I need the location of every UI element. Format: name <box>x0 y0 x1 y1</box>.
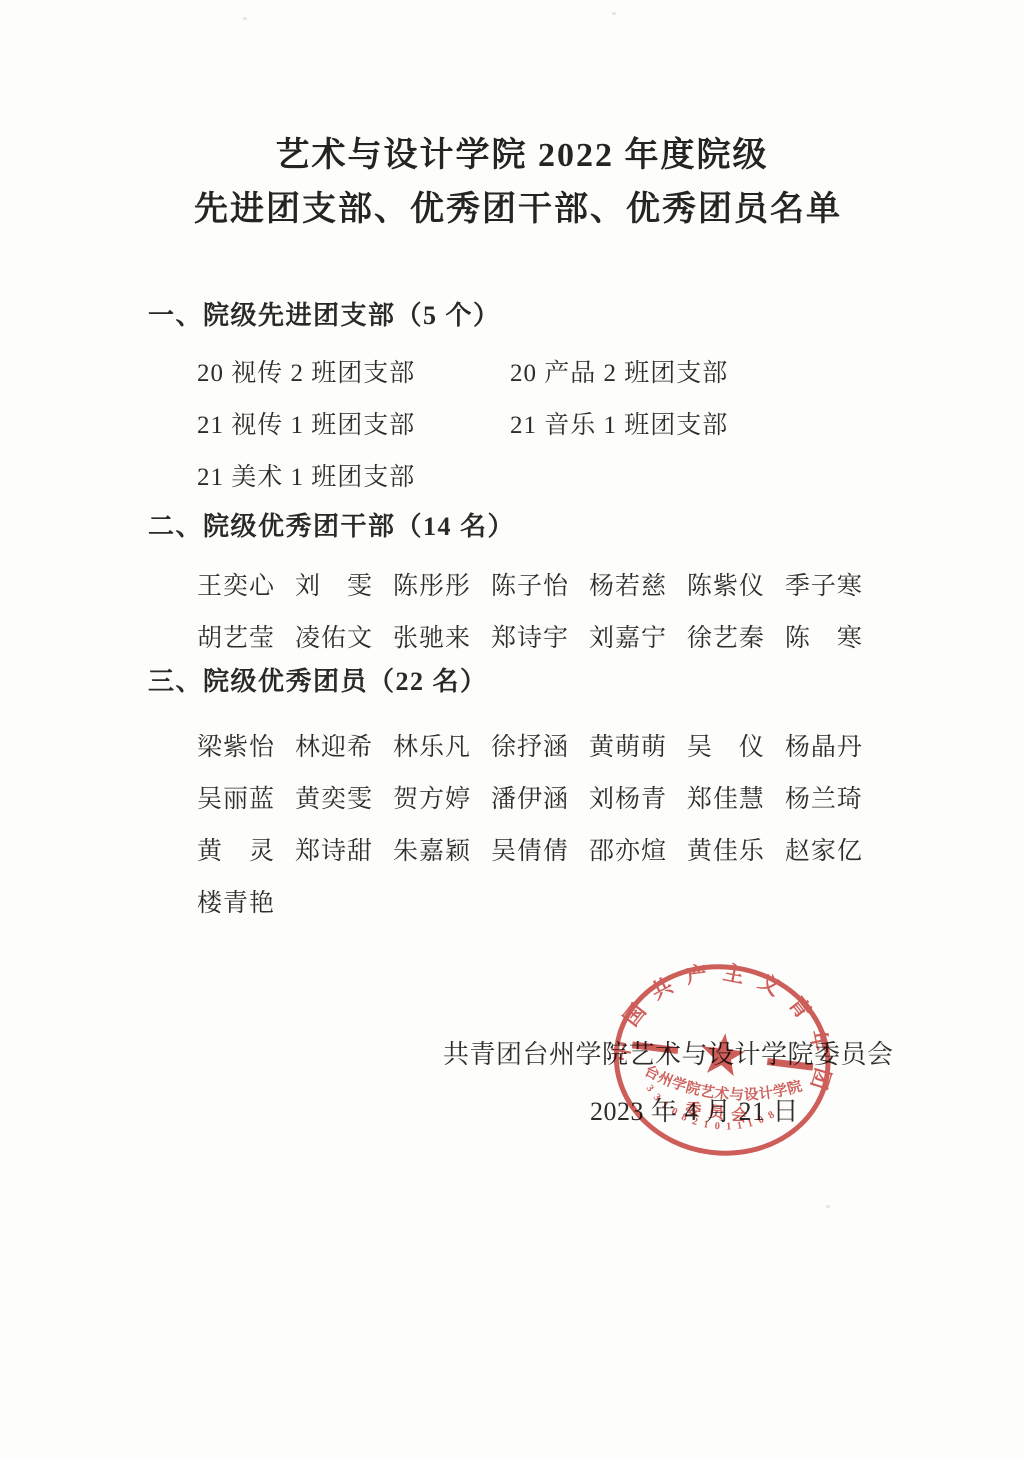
person-name: 黄 灵 <box>197 831 275 867</box>
person-name: 王奕心 <box>197 566 275 602</box>
name-row: 楼青艳 <box>197 883 863 919</box>
person-name: 杨兰琦 <box>785 779 863 815</box>
person-name: 吴丽蓝 <box>197 779 275 815</box>
person-name: 季子寒 <box>785 566 863 602</box>
person-name: 楼青艳 <box>197 883 275 919</box>
branch-name: 21 音乐 1 班团支部 <box>510 405 728 441</box>
section-heading-cadres: 二、院级优秀团干部（14 名） <box>148 506 515 543</box>
document-title-line1: 艺术与设计学院 2022 年度院级 <box>0 127 1024 176</box>
name-row: 梁紫怡 林迎希 林乐凡 徐抒涵 黄萌萌 吴 仪 杨晶丹 <box>197 727 863 763</box>
section-heading-advanced-branches: 一、院级先进团支部（5 个） <box>148 295 501 332</box>
person-name: 朱嘉颖 <box>393 831 471 867</box>
branch-name: 20 视传 2 班团支部 <box>197 353 415 389</box>
person-name: 胡艺莹 <box>197 618 275 654</box>
person-name: 张驰来 <box>393 618 471 654</box>
person-name: 郑诗甜 <box>295 831 373 867</box>
person-name: 陈彤彤 <box>393 566 471 602</box>
branch-name: 21 视传 1 班团支部 <box>197 405 415 441</box>
scanned-document-page: 艺术与设计学院 2022 年度院级 先进团支部、优秀团干部、优秀团员名单 一、院… <box>0 0 1024 1460</box>
seal-ring-text: 中国共产主义青年团 <box>606 947 847 1106</box>
scan-artifact <box>243 17 247 20</box>
name-row: 王奕心 刘 雯 陈彤彤 陈子怡 杨若慈 陈紫仪 季子寒 <box>197 566 863 602</box>
scan-artifact <box>612 12 616 15</box>
branch-row: 21 美术 1 班团支部 <box>197 457 863 489</box>
person-name: 杨若慈 <box>589 566 667 602</box>
name-row: 胡艺莹 凌佑文 张驰来 郑诗宇 刘嘉宁 徐艺秦 陈 寒 <box>197 618 863 654</box>
scan-artifact <box>826 1205 830 1208</box>
branch-name: 21 美术 1 班团支部 <box>197 457 415 493</box>
person-name: 杨晶丹 <box>785 727 863 763</box>
person-name: 邵亦煊 <box>589 831 667 867</box>
person-name: 凌佑文 <box>295 618 373 654</box>
person-name: 吴 仪 <box>687 727 765 763</box>
person-name: 梁紫怡 <box>197 727 275 763</box>
person-name: 吴倩倩 <box>491 831 569 867</box>
person-name: 徐抒涵 <box>491 727 569 763</box>
person-name: 陈 寒 <box>785 618 863 654</box>
person-name: 赵家亿 <box>785 831 863 867</box>
person-name: 郑诗宇 <box>491 618 569 654</box>
branch-row: 20 视传 2 班团支部 20 产品 2 班团支部 <box>197 353 863 385</box>
person-name: 刘嘉宁 <box>589 618 667 654</box>
svg-text:中国共产主义青年团: 中国共产主义青年团 <box>606 947 847 1106</box>
person-name: 郑佳慧 <box>687 779 765 815</box>
person-name: 贺方婷 <box>393 779 471 815</box>
person-name: 徐艺秦 <box>687 618 765 654</box>
branch-row: 21 视传 1 班团支部 21 音乐 1 班团支部 <box>197 405 863 437</box>
person-name: 刘 雯 <box>295 566 373 602</box>
official-seal: 中国共产主义青年团 台州学院艺术与设计学院 委员会 3310821011108 <box>596 947 849 1176</box>
person-name: 黄佳乐 <box>687 831 765 867</box>
person-name: 林迎希 <box>295 727 373 763</box>
name-row: 黄 灵 郑诗甜 朱嘉颖 吴倩倩 邵亦煊 黄佳乐 赵家亿 <box>197 831 863 867</box>
person-name: 黄萌萌 <box>589 727 667 763</box>
person-name: 陈紫仪 <box>687 566 765 602</box>
person-name: 潘伊涵 <box>491 779 569 815</box>
person-name: 刘杨青 <box>589 779 667 815</box>
person-name: 林乐凡 <box>393 727 471 763</box>
name-row: 吴丽蓝 黄奕雯 贺方婷 潘伊涵 刘杨青 郑佳慧 杨兰琦 <box>197 779 863 815</box>
person-name: 陈子怡 <box>491 566 569 602</box>
document-title-line2: 先进团支部、优秀团干部、优秀团员名单 <box>0 181 1024 230</box>
section-heading-members: 三、院级优秀团员（22 名） <box>148 661 488 698</box>
person-name: 黄奕雯 <box>295 779 373 815</box>
branch-name: 20 产品 2 班团支部 <box>510 353 728 389</box>
